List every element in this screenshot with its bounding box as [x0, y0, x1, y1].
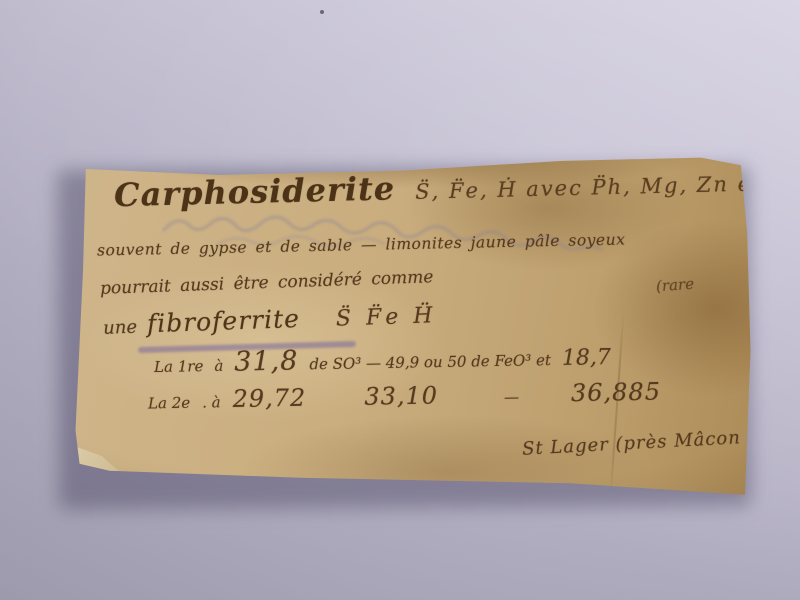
alternative-line: une fibroferrite S̈ F̈e Ḧ — [103, 299, 437, 340]
specimen-label: Carphosiderite S̈, F̈e, Ḣ avec P̈h, Mg, … — [70, 152, 756, 500]
row1-label: La 1re — [154, 357, 204, 376]
photo-scene: Carphosiderite S̈, F̈e, Ḣ avec P̈h, Mg, … — [0, 0, 800, 600]
row2-value2: 33,10 — [364, 381, 438, 410]
remark-line: pourrait aussi être considéré comme — [100, 267, 434, 299]
row1-so3-value: 31,8 — [234, 345, 299, 377]
row2-value3: 36,885 — [571, 378, 661, 408]
analysis-row-1: La 1re à 31,8 de SO³ — 49,9 ou 50 de FeO… — [154, 340, 611, 379]
row1-middle: de SO³ — 49,9 ou 50 de FeO³ et — [309, 351, 551, 373]
margin-note: (rare — [655, 275, 694, 296]
row1-last-value: 18,7 — [562, 345, 611, 371]
alt-mineral-name: fibroferrite — [146, 304, 300, 338]
row2-label: La 2e — [148, 394, 190, 413]
analysis-row-2: La 2e . à 29,72 33,10 — 36,885 — [148, 378, 661, 415]
dust-speck — [320, 10, 324, 14]
row1-prep: à — [214, 357, 223, 375]
row2-value1: 29,72 — [232, 384, 306, 413]
row2-prep: . à — [202, 393, 221, 411]
alt-chemical-formula: S̈ F̈e Ḧ — [335, 303, 436, 331]
signature: St Lager (près Mâcon — [522, 427, 742, 459]
row2-dash: — — [504, 388, 519, 406]
alt-prefix: une — [103, 317, 138, 339]
chemical-formula: S̈, F̈e, Ḣ avec P̈h, Mg, Zn etc. — [415, 171, 785, 204]
